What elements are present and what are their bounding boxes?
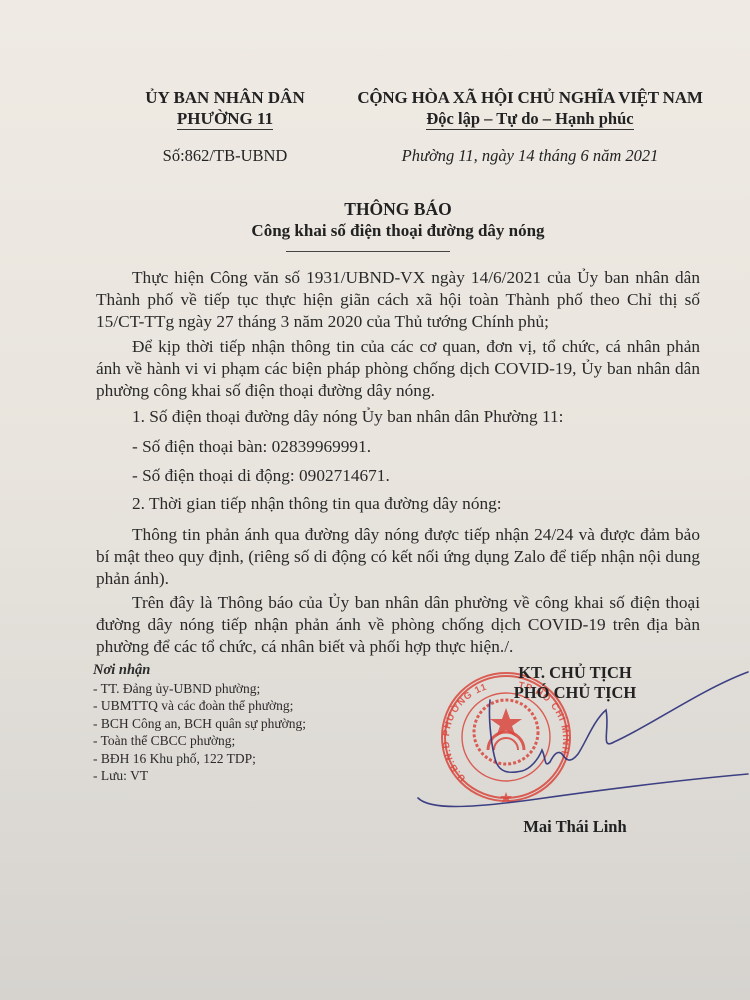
national-name: CỘNG HÒA XÃ HỘI CHỦ NGHĨA VIỆT NAM [350, 88, 710, 108]
title-divider [286, 251, 450, 252]
recipient-item: - Toàn thể CBCC phường; [93, 732, 306, 750]
paragraph-directive: Thực hiện Công văn số 1931/UBND-VX ngày … [96, 267, 700, 333]
paragraph-purpose: Để kịp thời tiếp nhận thông tin của các … [96, 336, 700, 402]
landline-number: - Số điện thoại bàn: 02839969991. [132, 437, 371, 457]
recipients-list: Nơi nhận - TT. Đảng ủy-UBND phường; - UB… [93, 662, 306, 785]
place-date: Phường 11, ngày 14 tháng 6 năm 2021 [350, 146, 710, 166]
recipient-item: - UBMTTQ và các đoàn thể phường; [93, 697, 306, 715]
issuing-authority: ỦY BAN NHÂN DÂN PHƯỜNG 11 [120, 88, 330, 129]
ward-name: PHƯỜNG 11 [177, 109, 273, 130]
signatory-name: Mai Thái Linh [470, 817, 680, 837]
document-number: Số:862/TB-UBND [120, 146, 330, 166]
paragraph-reception: Thông tin phản ánh qua đường dây nóng đư… [96, 524, 700, 590]
document-title: THÔNG BÁO [96, 199, 700, 220]
authority-name: ỦY BAN NHÂN DÂN [120, 88, 330, 108]
recipients-heading: Nơi nhận [93, 662, 306, 680]
mobile-number: - Số điện thoại di động: 0902714671. [132, 466, 390, 486]
handwritten-signature-icon [410, 650, 750, 825]
section-2-heading: 2. Thời gian tiếp nhận thông tin qua đườ… [132, 494, 502, 514]
national-header: CỘNG HÒA XÃ HỘI CHỦ NGHĨA VIỆT NAM Độc l… [350, 88, 710, 129]
recipient-item: - BCH Công an, BCH quân sự phường; [93, 715, 306, 733]
recipient-item: - Lưu: VT [93, 767, 306, 785]
paragraph-conclusion: Trên đây là Thông báo của Ủy ban nhân dâ… [96, 592, 700, 658]
recipient-item: - BĐH 16 Khu phố, 122 TDP; [93, 750, 306, 768]
national-motto: Độc lập – Tự do – Hạnh phúc [426, 109, 633, 130]
document-subtitle: Công khai số điện thoại đường dây nóng [96, 221, 700, 241]
section-1-heading: 1. Số điện thoại đường dây nóng Ủy ban n… [132, 407, 563, 427]
recipient-item: - TT. Đảng ủy-UBND phường; [93, 680, 306, 698]
